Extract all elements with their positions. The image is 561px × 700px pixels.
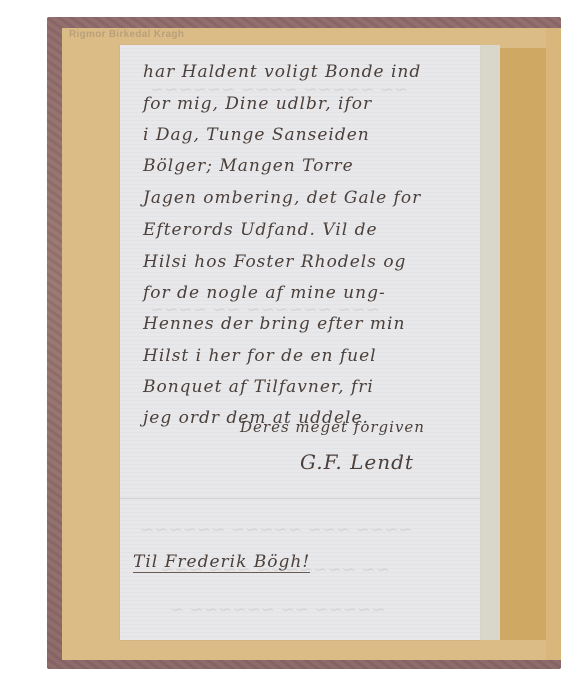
owner-stamp: Rigmor Birkedal Kragh — [69, 29, 184, 40]
letter-line: Hilsi hos Foster Rhodels og — [143, 252, 406, 272]
mounting-strip — [480, 45, 500, 640]
letter-line: Hennes der bring efter min — [143, 314, 405, 334]
letter-line: Hilst i her for de en fuel — [143, 346, 377, 366]
letter-line: for mig, Dine udlbr, ifor — [143, 94, 372, 114]
letter-postscript: Til Frederik Bögh! — [133, 552, 310, 573]
letter-line: for de nogle af mine ung- — [143, 283, 386, 303]
folder-right-rim — [546, 28, 561, 660]
letter-signature: G.F. Lendt — [300, 450, 414, 474]
paper-fold-line — [120, 498, 480, 499]
letter-line: har Haldent voligt Bonde ind — [143, 62, 421, 82]
folder-hinge-strip — [500, 48, 546, 640]
letter-line: i Dag, Tunge Sanseiden — [143, 125, 370, 145]
bleed-through-text: ~~~~~ ~~ ~~~~~~ ~ — [170, 600, 386, 620]
letter-line: Bölger; Mangen Torre — [143, 156, 354, 176]
letter-closing: Deres meget forgiven — [240, 418, 425, 436]
letter-line: Jagen ombering, det Gale for — [143, 188, 421, 208]
letter-line: Efterords Udfand. Vil de — [143, 220, 378, 240]
letter-line: Bonquet af Tilfavner, fri — [143, 377, 374, 397]
bleed-through-text: ~~~~ ~~~ ~~~~~ ~~~~~~ — [140, 520, 413, 540]
